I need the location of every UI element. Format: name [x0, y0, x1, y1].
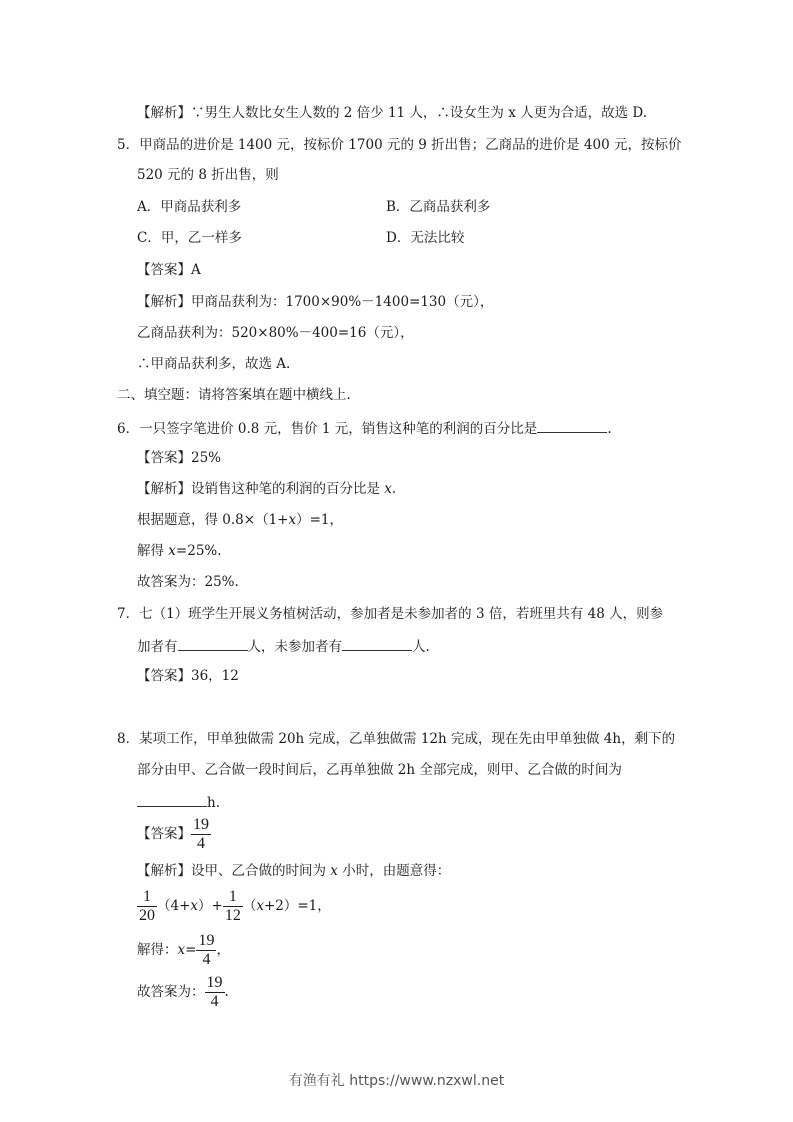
section-title-fill-in: 二、填空题：请将答案填在题中横线上. — [117, 386, 351, 404]
final-label: 故答案为： — [137, 984, 205, 1000]
q8-answer-blank — [137, 792, 207, 807]
denominator: 4 — [191, 835, 211, 853]
denominator: 4 — [196, 951, 216, 969]
q6-analysis-line4: 故答案为：25%. — [137, 573, 239, 591]
q5-option-c: C．甲，乙一样多 — [137, 229, 242, 247]
fraction-19-4: 194 — [205, 974, 225, 1011]
q5-analysis-line3: ∴甲商品获利多，故选 A. — [137, 355, 290, 373]
q5-option-b: B．乙商品获利多 — [386, 198, 490, 216]
q8-final-answer: 故答案为：194. — [137, 972, 229, 1012]
answer-label: 【答案】 — [137, 826, 191, 842]
q8-answer: 【答案】194 — [137, 814, 211, 854]
q7-answer: 【答案】36，12 — [137, 667, 239, 685]
q5-option-a: A．甲商品获利多 — [137, 198, 241, 216]
punctuation: ， — [216, 942, 230, 958]
denominator: 4 — [205, 993, 225, 1011]
variable-x: x — [190, 898, 198, 914]
q6-analysis-end: . — [392, 481, 396, 497]
q6-answer-blank — [537, 418, 607, 433]
numerator: 19 — [205, 974, 225, 993]
equation-part: 根据题意，得 0.8×（1+ — [137, 512, 288, 528]
punctuation: . — [225, 984, 229, 1000]
q6-answer: 【答案】25% — [137, 449, 221, 467]
q5-analysis-line2: 乙商品获利为：520×80%－400=16（元）， — [137, 324, 414, 342]
q5-stem-line2: 520 元的 8 折出售，则 — [137, 166, 279, 184]
variable-x: x — [168, 543, 176, 559]
fraction-1-20: 120 — [137, 888, 157, 925]
q6-stem: 6．一只签字笔进价 0.8 元，售价 1 元，销售这种笔的利润的百分比是. — [117, 418, 612, 438]
solve-label: 解得 — [137, 543, 168, 559]
variable-x: x — [384, 481, 392, 497]
numerator: 1 — [137, 888, 157, 907]
q8-analysis-line1: 【解析】设甲、乙合做的时间为 x 小时，由题意得： — [137, 862, 450, 880]
numerator: 1 — [223, 888, 243, 907]
q6-analysis-text: 【解析】设销售这种笔的利润的百分比是 — [137, 481, 384, 497]
q8-solve: 解得：x=194， — [137, 930, 230, 970]
q7-stem-line1: 7．七（1）班学生开展义务植树活动，参加者是未参加者的 3 倍，若班里共有 48… — [117, 605, 663, 623]
solve-label: 解得： — [137, 942, 178, 958]
equation-part: +2）=1， — [264, 898, 331, 914]
variable-x: x — [330, 863, 338, 879]
numerator: 19 — [191, 816, 211, 835]
q8-equation: 120（4+x）+112（x+2）=1， — [137, 886, 331, 926]
variable-x: x — [178, 942, 186, 958]
q6-analysis-line2: 根据题意，得 0.8×（1+x）=1， — [137, 511, 343, 529]
denominator: 20 — [137, 907, 157, 925]
q5-analysis-line1: 【解析】甲商品获利为：1700×90%－1400=130（元）， — [137, 293, 493, 311]
denominator: 12 — [223, 907, 243, 925]
equation-part: ）+ — [198, 898, 223, 914]
analysis-text: 【解析】设甲、乙合做的时间为 — [137, 863, 330, 879]
q6-stem-end: . — [607, 421, 611, 437]
q7-text-part: 人. — [412, 639, 430, 655]
q8-stem-line1: 8．某项工作，甲单独做需 20h 完成，乙单独做需 12h 完成，现在先由甲单独… — [117, 730, 675, 748]
equals-sign: = — [185, 942, 196, 958]
fraction-answer: 194 — [191, 816, 211, 853]
equation-part: （4+ — [157, 898, 190, 914]
q6-stem-text: 6．一只签字笔进价 0.8 元，售价 1 元，销售这种笔的利润的百分比是 — [117, 421, 537, 437]
q7-blank-1 — [178, 636, 248, 651]
analysis-text: 小时，由题意得： — [338, 863, 450, 879]
q8-stem-line2: 部分由甲、乙合做一段时间后，乙再单独做 2h 全部完成，则甲、乙合做的时间为 — [137, 761, 622, 779]
q6-analysis-line3: 解得 x=25%. — [137, 542, 222, 560]
numerator: 19 — [196, 932, 216, 951]
solve-value: =25%. — [176, 543, 222, 559]
q6-analysis-line1: 【解析】设销售这种笔的利润的百分比是 x. — [137, 480, 396, 498]
variable-x: x — [256, 898, 264, 914]
variable-x: x — [288, 512, 296, 528]
footer-watermark: 有渔有礼 https://www.nzxwl.net — [0, 1070, 793, 1090]
fraction-19-4: 194 — [196, 932, 216, 969]
q8-unit: h. — [207, 795, 220, 811]
q8-stem-line3: h. — [137, 792, 220, 812]
equation-part: （ — [243, 898, 257, 914]
fraction-1-12: 112 — [223, 888, 243, 925]
q5-answer: 【答案】A — [137, 261, 201, 279]
q5-option-d: D．无法比较 — [386, 229, 464, 247]
q7-text-part: 人，未参加者有 — [248, 639, 343, 655]
q7-blank-2 — [342, 636, 412, 651]
equation-part: ）=1， — [296, 512, 343, 528]
q7-stem-line2: 加者有人，未参加者有人. — [137, 636, 430, 656]
q7-text-part: 加者有 — [137, 639, 178, 655]
q5-stem-line1: 5．甲商品的进价是 1400 元，按标价 1700 元的 9 折出售；乙商品的进… — [117, 136, 682, 154]
q4-analysis: 【解析】∵男生人数比女生人数的 2 倍少 11 人，∴设女生为 x 人更为合适，… — [137, 104, 647, 122]
